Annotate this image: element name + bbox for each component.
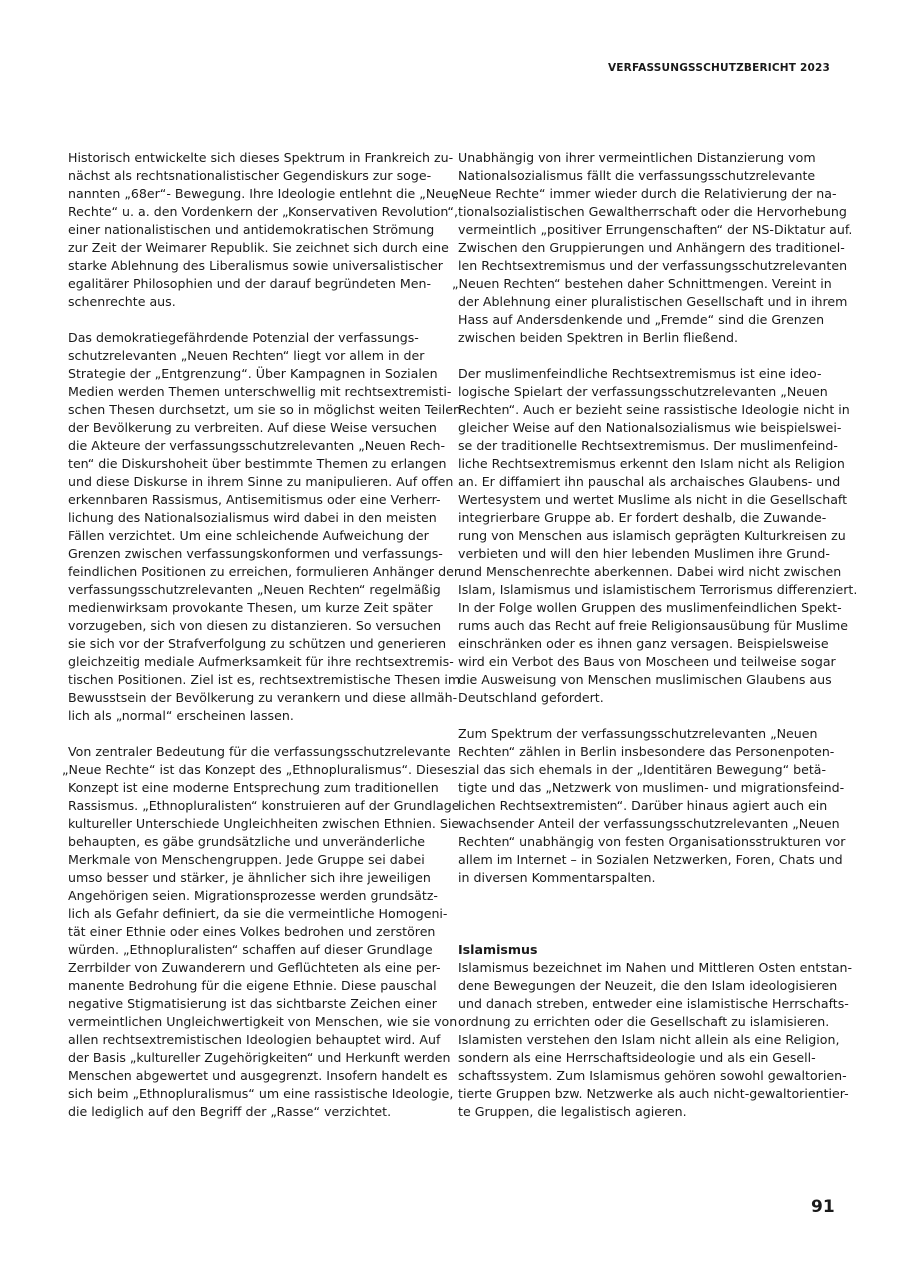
text-line: schaftssystem. Zum Islamismus gehören so…: [458, 1067, 838, 1085]
text-line: nannten „68er“- Bewegung. Ihre Ideologie…: [68, 185, 448, 203]
text-line: die lediglich auf den Begriff der „Rasse…: [68, 1103, 448, 1121]
text-line: lich als „normal“ erscheinen lassen.: [68, 707, 448, 725]
page-number: 91: [811, 1197, 835, 1217]
text-line: lichung des Nationalsozialismus wird dab…: [68, 509, 448, 527]
text-line: einer nationalistischen und antidemokrat…: [68, 221, 448, 239]
text-line: Grenzen zwischen verfassungskonformen un…: [68, 545, 448, 563]
text-line: lich als Gefahr definiert, da sie die ve…: [68, 905, 448, 923]
paragraph-spektrum-berlin: Zum Spektrum der verfassungsschutzreleva…: [458, 725, 838, 887]
text-line: „Neuen Rechten“ bestehen daher Schnittme…: [452, 275, 838, 293]
text-line: Rechten“. Auch er bezieht seine rassisti…: [458, 401, 838, 419]
text-line: verfassungsschutzrelevanten „Neuen Recht…: [68, 581, 448, 599]
text-line: integrierbare Gruppe ab. Er fordert desh…: [458, 509, 838, 527]
text-line: tierte Gruppen bzw. Netzwerke als auch n…: [458, 1085, 838, 1103]
text-line: gleicher Weise auf den Nationalsozialism…: [458, 419, 838, 437]
paragraph-entgrenzung: Das demokratiegefährdende Potenzial der …: [68, 329, 448, 725]
text-line: allem im Internet – in Sozialen Netzwerk…: [458, 851, 838, 869]
text-line: nächst als rechtsnationalistischer Gegen…: [68, 167, 448, 185]
text-line: schenrechte aus.: [68, 293, 448, 311]
text-line: Islam, Islamismus und islamistischem Ter…: [458, 581, 838, 599]
text-line: an. Er diffamiert ihn pauschal als archa…: [458, 473, 838, 491]
text-line: Von zentraler Bedeutung für die verfassu…: [68, 743, 448, 761]
text-line: Rassismus. „Ethnopluralisten“ konstruier…: [68, 797, 448, 815]
text-line: zwischen beiden Spektren in Berlin fließ…: [458, 329, 838, 347]
text-line: Unabhängig von ihrer vermeintlichen Dist…: [458, 149, 838, 167]
text-line: gleichzeitig mediale Aufmerksamkeit für …: [68, 653, 448, 671]
text-line: wachsender Anteil der verfassungsschutzr…: [458, 815, 838, 833]
section-body: Islamismus bezeichnet im Nahen und Mittl…: [458, 959, 838, 1121]
paragraph-ns-relativierung: Unabhängig von ihrer vermeintlichen Dist…: [458, 149, 838, 347]
text-line: vorzugeben, sich von diesen zu distanzie…: [68, 617, 448, 635]
text-line: In der Folge wollen Gruppen des muslimen…: [458, 599, 838, 617]
text-line: die Ausweisung von Menschen muslimischen…: [458, 671, 838, 689]
text-line: und Menschenrechte aberkennen. Dabei wir…: [458, 563, 838, 581]
text-line: Merkmale von Menschengruppen. Jede Grupp…: [68, 851, 448, 869]
text-line: die Akteure der verfassungsschutzrelevan…: [68, 437, 448, 455]
running-header: VERFASSUNGSSCHUTZBERICHT 2023: [608, 62, 830, 74]
text-line: dene Bewegungen der Neuzeit, die den Isl…: [458, 977, 838, 995]
text-line: Der muslimenfeindliche Rechtsextremismus…: [458, 365, 838, 383]
text-line: ten“ die Diskurshoheit über bestimmte Th…: [68, 455, 448, 473]
text-line: allen rechtsextremistischen Ideologien b…: [68, 1031, 448, 1049]
text-line: Bewusstsein der Bevölkerung zu verankern…: [68, 689, 448, 707]
text-line: verbieten und will den hier lebenden Mus…: [458, 545, 838, 563]
text-line: Fällen verzichtet. Um eine schleichende …: [68, 527, 448, 545]
text-line: Menschen abgewertet und ausgegrenzt. Ins…: [68, 1067, 448, 1085]
text-line: schutzrelevanten „Neuen Rechten“ liegt v…: [68, 347, 448, 365]
text-line: erkennbaren Rassismus, Antisemitismus od…: [68, 491, 448, 509]
text-line: starke Ablehnung des Liberalismus sowie …: [68, 257, 448, 275]
text-line: Rechten“ zählen in Berlin insbesondere d…: [458, 743, 838, 761]
text-line: würden. „Ethnopluralisten“ schaffen auf …: [68, 941, 448, 959]
text-line: wird ein Verbot des Baus von Moscheen un…: [458, 653, 838, 671]
text-line: Rechten“ unabhängig von festen Organisat…: [458, 833, 838, 851]
text-line: liche Rechtsextremismus erkennt den Isla…: [458, 455, 838, 473]
text-line: ordnung zu errichten oder die Gesellscha…: [458, 1013, 838, 1031]
text-line: Deutschland gefordert.: [458, 689, 838, 707]
paragraph-origins: Historisch entwickelte sich dieses Spekt…: [68, 149, 448, 311]
text-line: Islamisten verstehen den Islam nicht all…: [458, 1031, 838, 1049]
text-line: vermeintlich „positiver Errungenschaften…: [458, 221, 838, 239]
text-line: Nationalsozialismus fällt die verfassung…: [458, 167, 838, 185]
text-line: Hass auf Andersdenkende und „Fremde“ sin…: [458, 311, 838, 329]
text-line: „Neue Rechte“ ist das Konzept des „Ethno…: [62, 761, 448, 779]
text-line: tischen Positionen. Ziel ist es, rechtse…: [68, 671, 448, 689]
text-line: zur Zeit der Weimarer Republik. Sie zeic…: [68, 239, 448, 257]
text-line: Angehörigen seien. Migrationsprozesse we…: [68, 887, 448, 905]
text-line: te Gruppen, die legalistisch agieren.: [458, 1103, 838, 1121]
text-line: len Rechtsextremismus und der verfassung…: [458, 257, 838, 275]
text-line: se der traditionelle Rechtsextremismus. …: [458, 437, 838, 455]
text-line: sie sich vor der Strafverfolgung zu schü…: [68, 635, 448, 653]
text-line: schen Thesen durchsetzt, um sie so in mö…: [68, 401, 448, 419]
left-column: Historisch entwickelte sich dieses Spekt…: [68, 149, 448, 1139]
text-line: Wertesystem und wertet Muslime als nicht…: [458, 491, 838, 509]
text-line: der Ablehnung einer pluralistischen Gese…: [458, 293, 838, 311]
text-line: und danach streben, entweder eine islami…: [458, 995, 838, 1013]
section-spacer: [458, 905, 838, 941]
section-heading: Islamismus: [458, 941, 838, 959]
text-line: vermeintlichen Ungleichwertigkeit von Me…: [68, 1013, 448, 1031]
paragraph-muslimenfeindlich: Der muslimenfeindliche Rechtsextremismus…: [458, 365, 838, 707]
text-line: Islamismus bezeichnet im Nahen und Mittl…: [458, 959, 838, 977]
text-line: rung von Menschen aus islamisch geprägte…: [458, 527, 838, 545]
text-line: einschränken oder es ihnen ganz versagen…: [458, 635, 838, 653]
text-line: Rechte“ u. a. den Vordenkern der „Konser…: [68, 203, 448, 221]
text-line: Zum Spektrum der verfassungsschutzreleva…: [458, 725, 838, 743]
text-line: logische Spielart der verfassungsschutzr…: [458, 383, 838, 401]
text-line: kultureller Unterschiede Ungleichheiten …: [68, 815, 448, 833]
text-line: tionalsozialistischen Gewaltherrschaft o…: [458, 203, 838, 221]
right-column: Unabhängig von ihrer vermeintlichen Dist…: [458, 149, 838, 1121]
text-line: negative Stigmatisierung ist das sichtba…: [68, 995, 448, 1013]
text-line: Zwischen den Gruppierungen und Anhängern…: [458, 239, 838, 257]
text-line: der Basis „kultureller Zugehörigkeiten“ …: [68, 1049, 448, 1067]
text-line: zial das sich ehemals in der „Identitäre…: [458, 761, 838, 779]
text-line: egalitärer Philosophien und der darauf b…: [68, 275, 448, 293]
text-line: sondern als eine Herrschaftsideologie un…: [458, 1049, 838, 1067]
text-line: Das demokratiegefährdende Potenzial der …: [68, 329, 448, 347]
text-line: der Bevölkerung zu verbreiten. Auf diese…: [68, 419, 448, 437]
paragraph-ethnopluralismus: Von zentraler Bedeutung für die verfassu…: [68, 743, 448, 1121]
text-line: feindlichen Positionen zu erreichen, for…: [68, 563, 448, 581]
text-line: Konzept ist eine moderne Entsprechung zu…: [68, 779, 448, 797]
text-line: tät einer Ethnie oder eines Volkes bedro…: [68, 923, 448, 941]
section-islamismus: Islamismus Islamismus bezeichnet im Nahe…: [458, 941, 838, 1121]
text-line: rums auch das Recht auf freie Religionsa…: [458, 617, 838, 635]
text-line: Zerrbilder von Zuwanderern und Geflüchte…: [68, 959, 448, 977]
text-line: sich beim „Ethnopluralismus“ um eine ras…: [68, 1085, 448, 1103]
text-line: tigte und das „Netzwerk von muslimen- un…: [458, 779, 838, 797]
text-line: Medien werden Themen unterschwellig mit …: [68, 383, 448, 401]
text-line: manente Bedrohung für die eigene Ethnie.…: [68, 977, 448, 995]
text-line: medienwirksam provokante Thesen, um kurz…: [68, 599, 448, 617]
text-line: und diese Diskurse in ihrem Sinne zu man…: [68, 473, 448, 491]
text-line: Historisch entwickelte sich dieses Spekt…: [68, 149, 448, 167]
text-line: behaupten, es gäbe grundsätzliche und un…: [68, 833, 448, 851]
text-line: Strategie der „Entgrenzung“. Über Kampag…: [68, 365, 448, 383]
text-line: in diversen Kommentarspalten.: [458, 869, 838, 887]
text-line: umso besser und stärker, je ähnlicher si…: [68, 869, 448, 887]
text-line: „Neue Rechte“ immer wieder durch die Rel…: [452, 185, 838, 203]
text-line: lichen Rechtsextremisten“. Darüber hinau…: [458, 797, 838, 815]
